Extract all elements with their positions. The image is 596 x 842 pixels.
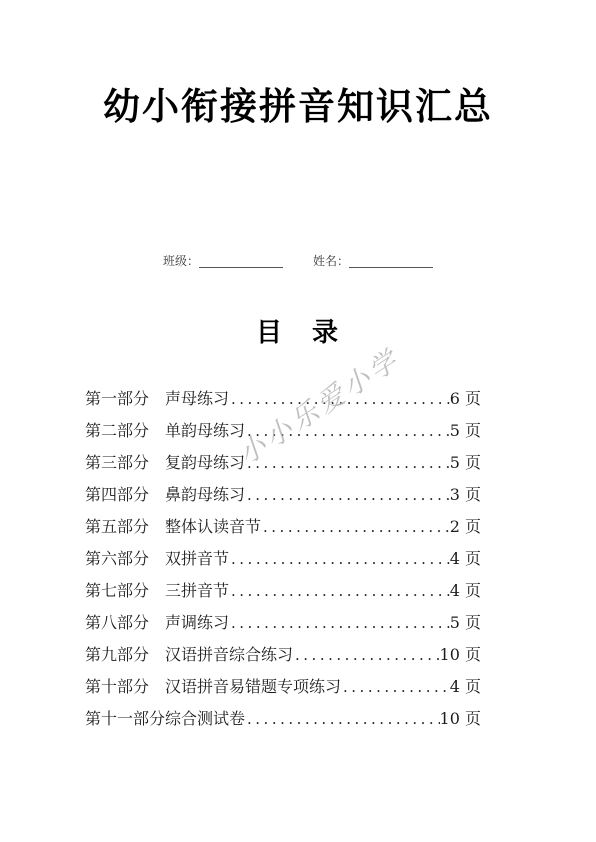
toc-leader-dots: ........................................… [245, 454, 450, 472]
toc-entry: 第二部分 单韵母练习 .............................… [85, 418, 481, 450]
toc-leader-dots: ........................................… [245, 422, 450, 440]
toc-entry-page: 10 页 [440, 642, 481, 665]
document-page: 幼小衔接拼音知识汇总 班级： 姓名： 目 录 第一部分 声母练习 .......… [0, 0, 596, 842]
toc-entry: 第五部分 整体认读音节 ............................… [85, 514, 481, 546]
toc-entry-part: 第一部分 [85, 386, 165, 409]
toc-entry-title: 综合测试卷 [165, 706, 245, 729]
toc-entry: 第六部分 双拼音节 ..............................… [85, 546, 481, 578]
toc-entry-title: 三拼音节 [165, 578, 229, 601]
toc-leader-dots: ........................................… [229, 550, 450, 568]
toc-entry-title: 声调练习 [165, 610, 229, 633]
toc-entry-page: 5 页 [450, 418, 481, 441]
toc-entry-part: 第七部分 [85, 578, 165, 601]
toc-entry-part: 第三部分 [85, 450, 165, 473]
toc-leader-dots: ........................................… [261, 518, 450, 536]
toc-entry: 第八部分 声调练习 ..............................… [85, 610, 481, 642]
toc-entry-part: 第四部分 [85, 482, 165, 505]
toc-entry-part: 第十部分 [85, 674, 165, 697]
toc-entry-part: 第六部分 [85, 546, 165, 569]
toc-entry-part: 第八部分 [85, 610, 165, 633]
toc-leader-dots: ........................................… [229, 390, 450, 408]
toc-leader-dots: ........................................… [293, 646, 440, 664]
toc-entry-title: 汉语拼音易错题专项练习 [165, 674, 341, 697]
toc-entry: 第三部分 复韵母练习 .............................… [85, 450, 481, 482]
toc-entry: 第七部分 三拼音节 ..............................… [85, 578, 481, 610]
toc-entry-title: 复韵母练习 [165, 450, 245, 473]
toc-entry: 第十一部分 综合测试卷 ............................… [85, 706, 481, 738]
class-label: 班级： [163, 254, 199, 268]
name-blank-line [349, 255, 433, 268]
name-label: 姓名： [313, 254, 349, 268]
toc-entry-title: 整体认读音节 [165, 514, 261, 537]
toc-entry-title: 双拼音节 [165, 546, 229, 569]
toc-entry-page: 4 页 [450, 674, 481, 697]
toc-entry-part: 第二部分 [85, 418, 165, 441]
student-info-row: 班级： 姓名： [0, 254, 596, 268]
toc-entry: 第九部分 汉语拼音综合练习 ..........................… [85, 642, 481, 674]
toc-entry-page: 5 页 [450, 450, 481, 473]
toc-entry-title: 鼻韵母练习 [165, 482, 245, 505]
toc-entry: 第十部分 汉语拼音易错题专项练习 .......................… [85, 674, 481, 706]
name-field: 姓名： [313, 254, 433, 268]
toc-leader-dots: ........................................… [229, 582, 450, 600]
toc-leader-dots: ........................................… [341, 678, 450, 696]
toc-heading: 目 录 [0, 316, 596, 350]
toc-leader-dots: ........................................… [245, 486, 450, 504]
toc-entry-page: 6 页 [450, 386, 481, 409]
toc-entry-title: 单韵母练习 [165, 418, 245, 441]
class-field: 班级： [163, 254, 283, 268]
toc-entry: 第一部分 声母练习 ..............................… [85, 386, 481, 418]
toc-leader-dots: ........................................… [245, 710, 440, 728]
document-title: 幼小衔接拼音知识汇总 [0, 0, 596, 130]
toc-entry-title: 汉语拼音综合练习 [165, 642, 293, 665]
toc-entry-page: 4 页 [450, 578, 481, 601]
toc-list: 第一部分 声母练习 ..............................… [85, 386, 481, 738]
toc-entry-page: 3 页 [450, 482, 481, 505]
toc-entry-title: 声母练习 [165, 386, 229, 409]
class-blank-line [199, 255, 283, 268]
toc-entry-part: 第九部分 [85, 642, 165, 665]
toc-leader-dots: ........................................… [229, 614, 450, 632]
toc-entry: 第四部分 鼻韵母练习 .............................… [85, 482, 481, 514]
toc-entry-part: 第五部分 [85, 514, 165, 537]
toc-entry-part: 第十一部分 [85, 706, 165, 729]
toc-entry-page: 5 页 [450, 610, 481, 633]
toc-entry-page: 2 页 [450, 514, 481, 537]
toc-entry-page: 10 页 [440, 706, 481, 729]
toc-entry-page: 4 页 [450, 546, 481, 569]
